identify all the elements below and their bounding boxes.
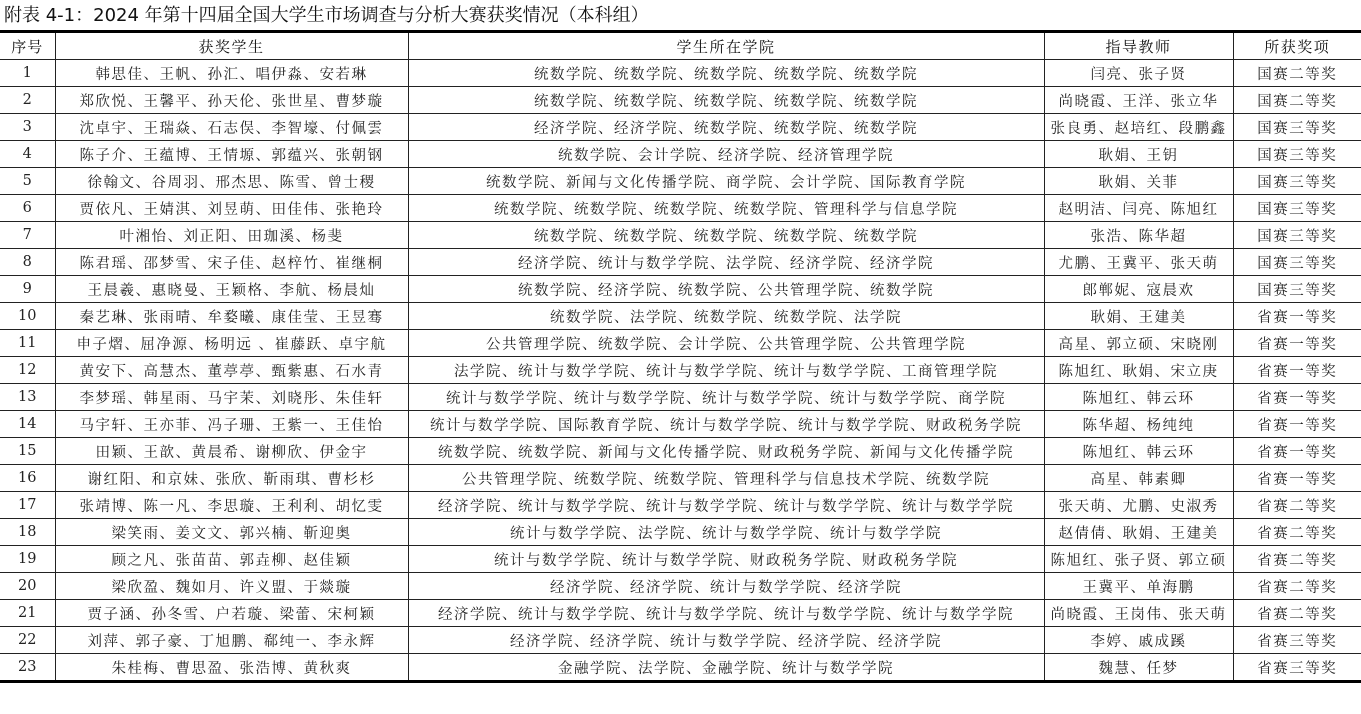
header-award: 所获奖项	[1233, 32, 1361, 60]
cell-advisors: 陈旭红、张子贤、郭立硕	[1044, 546, 1233, 573]
cell-no: 1	[0, 60, 55, 87]
cell-colleges: 统计与数学学院、统计与数学学院、财政税务学院、财政税务学院	[408, 546, 1044, 573]
table-row: 23朱桂梅、曹思盈、张浩博、黄秋爽金融学院、法学院、金融学院、统计与数学学院魏慧…	[0, 654, 1361, 682]
cell-award: 国赛三等奖	[1233, 114, 1361, 141]
cell-colleges: 统数学院、会计学院、经济学院、经济管理学院	[408, 141, 1044, 168]
table-row: 10秦艺琳、张雨晴、牟婺曦、康佳莹、王昱骞统数学院、法学院、统数学院、统数学院、…	[0, 303, 1361, 330]
cell-advisors: 陈旭红、韩云环	[1044, 438, 1233, 465]
header-no: 序号	[0, 32, 55, 60]
cell-advisors: 郎郸妮、寇晨欢	[1044, 276, 1233, 303]
cell-colleges: 经济学院、经济学院、统计与数学学院、经济学院	[408, 573, 1044, 600]
cell-award: 省赛一等奖	[1233, 411, 1361, 438]
cell-advisors: 耿娟、关菲	[1044, 168, 1233, 195]
table-caption: 附表 4-1：2024 年第十四届全国大学生市场调查与分析大赛获奖情况（本科组）	[4, 3, 649, 29]
cell-no: 21	[0, 600, 55, 627]
cell-students: 马宇轩、王亦菲、冯子珊、王紫一、王佳怡	[55, 411, 408, 438]
cell-no: 12	[0, 357, 55, 384]
cell-students: 黄安下、高慧杰、董葶葶、甄紫惠、石水青	[55, 357, 408, 384]
cell-colleges: 经济学院、统计与数学学院、法学院、经济学院、经济学院	[408, 249, 1044, 276]
table-row: 19顾之凡、张苗苗、郭垚柳、赵佳颖统计与数学学院、统计与数学学院、财政税务学院、…	[0, 546, 1361, 573]
table-row: 18梁笑雨、姜文文、郭兴楠、靳迎奥统计与数学学院、法学院、统计与数学学院、统计与…	[0, 519, 1361, 546]
table-row: 8陈君瑶、邵梦雪、宋子佳、赵梓竹、崔继桐经济学院、统计与数学学院、法学院、经济学…	[0, 249, 1361, 276]
cell-no: 5	[0, 168, 55, 195]
cell-advisors: 高星、韩素卿	[1044, 465, 1233, 492]
cell-advisors: 陈华超、杨纯纯	[1044, 411, 1233, 438]
awards-table: 序号 获奖学生 学生所在学院 指导教师 所获奖项 1韩思佳、王帆、孙汇、唱伊淼、…	[0, 30, 1361, 683]
header-colleges: 学生所在学院	[408, 32, 1044, 60]
cell-colleges: 法学院、统计与数学学院、统计与数学学院、统计与数学学院、工商管理学院	[408, 357, 1044, 384]
cell-no: 20	[0, 573, 55, 600]
cell-colleges: 金融学院、法学院、金融学院、统计与数学学院	[408, 654, 1044, 682]
cell-students: 王晨羲、惠晓曼、王颖格、李航、杨晨灿	[55, 276, 408, 303]
cell-no: 18	[0, 519, 55, 546]
cell-students: 朱桂梅、曹思盈、张浩博、黄秋爽	[55, 654, 408, 682]
cell-no: 3	[0, 114, 55, 141]
table-row: 5徐翰文、谷周羽、邢杰思、陈雪、曾士稷统数学院、新闻与文化传播学院、商学院、会计…	[0, 168, 1361, 195]
cell-students: 秦艺琳、张雨晴、牟婺曦、康佳莹、王昱骞	[55, 303, 408, 330]
cell-colleges: 公共管理学院、统数学院、会计学院、公共管理学院、公共管理学院	[408, 330, 1044, 357]
cell-no: 13	[0, 384, 55, 411]
cell-award: 省赛一等奖	[1233, 303, 1361, 330]
cell-students: 贾子涵、孙冬雪、户若璇、梁蕾、宋柯颖	[55, 600, 408, 627]
cell-advisors: 陈旭红、耿娟、宋立庚	[1044, 357, 1233, 384]
cell-no: 22	[0, 627, 55, 654]
table-row: 9王晨羲、惠晓曼、王颖格、李航、杨晨灿统数学院、经济学院、统数学院、公共管理学院…	[0, 276, 1361, 303]
cell-no: 9	[0, 276, 55, 303]
cell-award: 国赛三等奖	[1233, 276, 1361, 303]
cell-students: 沈卓宇、王瑞焱、石志俣、李智壕、付佩雲	[55, 114, 408, 141]
cell-advisors: 陈旭红、韩云环	[1044, 384, 1233, 411]
cell-students: 张靖博、陈一凡、李思璇、王利利、胡忆雯	[55, 492, 408, 519]
cell-award: 省赛二等奖	[1233, 492, 1361, 519]
cell-colleges: 统数学院、统数学院、新闻与文化传播学院、财政税务学院、新闻与文化传播学院	[408, 438, 1044, 465]
cell-award: 省赛一等奖	[1233, 357, 1361, 384]
cell-students: 刘萍、郭子豪、丁旭鹏、郗纯一、李永辉	[55, 627, 408, 654]
cell-students: 顾之凡、张苗苗、郭垚柳、赵佳颖	[55, 546, 408, 573]
cell-colleges: 公共管理学院、统数学院、统数学院、管理科学与信息技术学院、统数学院	[408, 465, 1044, 492]
cell-advisors: 张良勇、赵培红、段鹏鑫	[1044, 114, 1233, 141]
table-row: 21贾子涵、孙冬雪、户若璇、梁蕾、宋柯颖经济学院、统计与数学学院、统计与数学学院…	[0, 600, 1361, 627]
table-row: 13李梦瑶、韩星雨、马宇茉、刘晓彤、朱佳轩统计与数学学院、统计与数学学院、统计与…	[0, 384, 1361, 411]
cell-students: 陈君瑶、邵梦雪、宋子佳、赵梓竹、崔继桐	[55, 249, 408, 276]
cell-students: 贾依凡、王婧淇、刘昱萌、田佳伟、张艳玲	[55, 195, 408, 222]
cell-award: 省赛一等奖	[1233, 330, 1361, 357]
cell-students: 叶湘怡、刘正阳、田珈溪、杨斐	[55, 222, 408, 249]
cell-students: 谢红阳、和京妹、张欣、靳雨琪、曹杉杉	[55, 465, 408, 492]
cell-colleges: 统计与数学学院、法学院、统计与数学学院、统计与数学学院	[408, 519, 1044, 546]
cell-award: 省赛二等奖	[1233, 546, 1361, 573]
cell-award: 省赛二等奖	[1233, 519, 1361, 546]
table-row: 14马宇轩、王亦菲、冯子珊、王紫一、王佳怡统计与数学学院、国际教育学院、统计与数…	[0, 411, 1361, 438]
cell-colleges: 统计与数学学院、国际教育学院、统计与数学学院、统计与数学学院、财政税务学院	[408, 411, 1044, 438]
cell-award: 省赛三等奖	[1233, 627, 1361, 654]
table-row: 4陈子介、王蕴博、王情塬、郭蕴兴、张朝钢统数学院、会计学院、经济学院、经济管理学…	[0, 141, 1361, 168]
cell-no: 17	[0, 492, 55, 519]
cell-award: 国赛二等奖	[1233, 60, 1361, 87]
cell-no: 15	[0, 438, 55, 465]
table-header-row: 序号 获奖学生 学生所在学院 指导教师 所获奖项	[0, 32, 1361, 60]
cell-no: 6	[0, 195, 55, 222]
table-row: 7叶湘怡、刘正阳、田珈溪、杨斐统数学院、统数学院、统数学院、统数学院、统数学院张…	[0, 222, 1361, 249]
cell-award: 省赛二等奖	[1233, 600, 1361, 627]
cell-advisors: 尤鹏、王冀平、张天萌	[1044, 249, 1233, 276]
table-row: 2郑欣悦、王馨平、孙天伦、张世星、曹梦璇统数学院、统数学院、统数学院、统数学院、…	[0, 87, 1361, 114]
cell-no: 19	[0, 546, 55, 573]
cell-students: 韩思佳、王帆、孙汇、唱伊淼、安若琳	[55, 60, 408, 87]
header-students: 获奖学生	[55, 32, 408, 60]
table-row: 15田颖、王歆、黄晨希、谢柳欣、伊金宇统数学院、统数学院、新闻与文化传播学院、财…	[0, 438, 1361, 465]
table-row: 20梁欣盈、魏如月、许义盟、于燚璇经济学院、经济学院、统计与数学学院、经济学院王…	[0, 573, 1361, 600]
cell-colleges: 统数学院、新闻与文化传播学院、商学院、会计学院、国际教育学院	[408, 168, 1044, 195]
cell-colleges: 统数学院、统数学院、统数学院、统数学院、统数学院	[408, 87, 1044, 114]
cell-colleges: 统数学院、统数学院、统数学院、统数学院、统数学院	[408, 60, 1044, 87]
cell-students: 徐翰文、谷周羽、邢杰思、陈雪、曾士稷	[55, 168, 408, 195]
cell-award: 省赛一等奖	[1233, 438, 1361, 465]
cell-no: 2	[0, 87, 55, 114]
cell-advisors: 魏慧、任梦	[1044, 654, 1233, 682]
table-row: 12黄安下、高慧杰、董葶葶、甄紫惠、石水青法学院、统计与数学学院、统计与数学学院…	[0, 357, 1361, 384]
cell-award: 国赛三等奖	[1233, 222, 1361, 249]
cell-advisors: 张天萌、尤鹏、史淑秀	[1044, 492, 1233, 519]
cell-colleges: 经济学院、统计与数学学院、统计与数学学院、统计与数学学院、统计与数学学院	[408, 492, 1044, 519]
cell-colleges: 统数学院、统数学院、统数学院、统数学院、统数学院	[408, 222, 1044, 249]
cell-award: 省赛一等奖	[1233, 465, 1361, 492]
cell-students: 田颖、王歆、黄晨希、谢柳欣、伊金宇	[55, 438, 408, 465]
header-advisors: 指导教师	[1044, 32, 1233, 60]
cell-colleges: 统数学院、经济学院、统数学院、公共管理学院、统数学院	[408, 276, 1044, 303]
cell-advisors: 耿娟、王建美	[1044, 303, 1233, 330]
cell-colleges: 统数学院、统数学院、统数学院、统数学院、管理科学与信息学院	[408, 195, 1044, 222]
cell-students: 梁笑雨、姜文文、郭兴楠、靳迎奥	[55, 519, 408, 546]
cell-award: 国赛三等奖	[1233, 168, 1361, 195]
cell-advisors: 耿娟、王钥	[1044, 141, 1233, 168]
table-row: 22刘萍、郭子豪、丁旭鹏、郗纯一、李永辉经济学院、经济学院、统计与数学学院、经济…	[0, 627, 1361, 654]
cell-no: 10	[0, 303, 55, 330]
cell-colleges: 经济学院、经济学院、统计与数学学院、经济学院、经济学院	[408, 627, 1044, 654]
cell-advisors: 赵倩倩、耿娟、王建美	[1044, 519, 1233, 546]
cell-advisors: 高星、郭立硕、宋晓刚	[1044, 330, 1233, 357]
cell-students: 李梦瑶、韩星雨、马宇茉、刘晓彤、朱佳轩	[55, 384, 408, 411]
cell-advisors: 王冀平、单海鹏	[1044, 573, 1233, 600]
cell-no: 7	[0, 222, 55, 249]
cell-no: 8	[0, 249, 55, 276]
cell-no: 16	[0, 465, 55, 492]
cell-students: 梁欣盈、魏如月、许义盟、于燚璇	[55, 573, 408, 600]
table-row: 11申子熠、屈净源、杨明远 、崔藤跃、卓宇航公共管理学院、统数学院、会计学院、公…	[0, 330, 1361, 357]
cell-award: 国赛二等奖	[1233, 87, 1361, 114]
table-row: 3沈卓宇、王瑞焱、石志俣、李智壕、付佩雲经济学院、经济学院、统数学院、统数学院、…	[0, 114, 1361, 141]
cell-award: 国赛三等奖	[1233, 141, 1361, 168]
table-row: 16谢红阳、和京妹、张欣、靳雨琪、曹杉杉公共管理学院、统数学院、统数学院、管理科…	[0, 465, 1361, 492]
cell-colleges: 经济学院、统计与数学学院、统计与数学学院、统计与数学学院、统计与数学学院	[408, 600, 1044, 627]
cell-students: 申子熠、屈净源、杨明远 、崔藤跃、卓宇航	[55, 330, 408, 357]
cell-advisors: 李婷、戚成蹊	[1044, 627, 1233, 654]
cell-award: 国赛三等奖	[1233, 195, 1361, 222]
cell-award: 省赛三等奖	[1233, 654, 1361, 682]
cell-colleges: 统计与数学学院、统计与数学学院、统计与数学学院、统计与数学学院、商学院	[408, 384, 1044, 411]
cell-award: 省赛一等奖	[1233, 384, 1361, 411]
cell-advisors: 尚晓霞、王洋、张立华	[1044, 87, 1233, 114]
cell-no: 4	[0, 141, 55, 168]
cell-advisors: 尚晓霞、王岗伟、张天萌	[1044, 600, 1233, 627]
cell-colleges: 统数学院、法学院、统数学院、统数学院、法学院	[408, 303, 1044, 330]
cell-students: 郑欣悦、王馨平、孙天伦、张世星、曹梦璇	[55, 87, 408, 114]
cell-advisors: 张浩、陈华超	[1044, 222, 1233, 249]
cell-award: 省赛二等奖	[1233, 573, 1361, 600]
table-row: 1韩思佳、王帆、孙汇、唱伊淼、安若琳统数学院、统数学院、统数学院、统数学院、统数…	[0, 60, 1361, 87]
cell-students: 陈子介、王蕴博、王情塬、郭蕴兴、张朝钢	[55, 141, 408, 168]
table-row: 6贾依凡、王婧淇、刘昱萌、田佳伟、张艳玲统数学院、统数学院、统数学院、统数学院、…	[0, 195, 1361, 222]
cell-no: 23	[0, 654, 55, 682]
cell-advisors: 闫亮、张子贤	[1044, 60, 1233, 87]
cell-no: 11	[0, 330, 55, 357]
cell-no: 14	[0, 411, 55, 438]
cell-colleges: 经济学院、经济学院、统数学院、统数学院、统数学院	[408, 114, 1044, 141]
cell-award: 国赛三等奖	[1233, 249, 1361, 276]
table-row: 17张靖博、陈一凡、李思璇、王利利、胡忆雯经济学院、统计与数学学院、统计与数学学…	[0, 492, 1361, 519]
cell-advisors: 赵明洁、闫亮、陈旭红	[1044, 195, 1233, 222]
